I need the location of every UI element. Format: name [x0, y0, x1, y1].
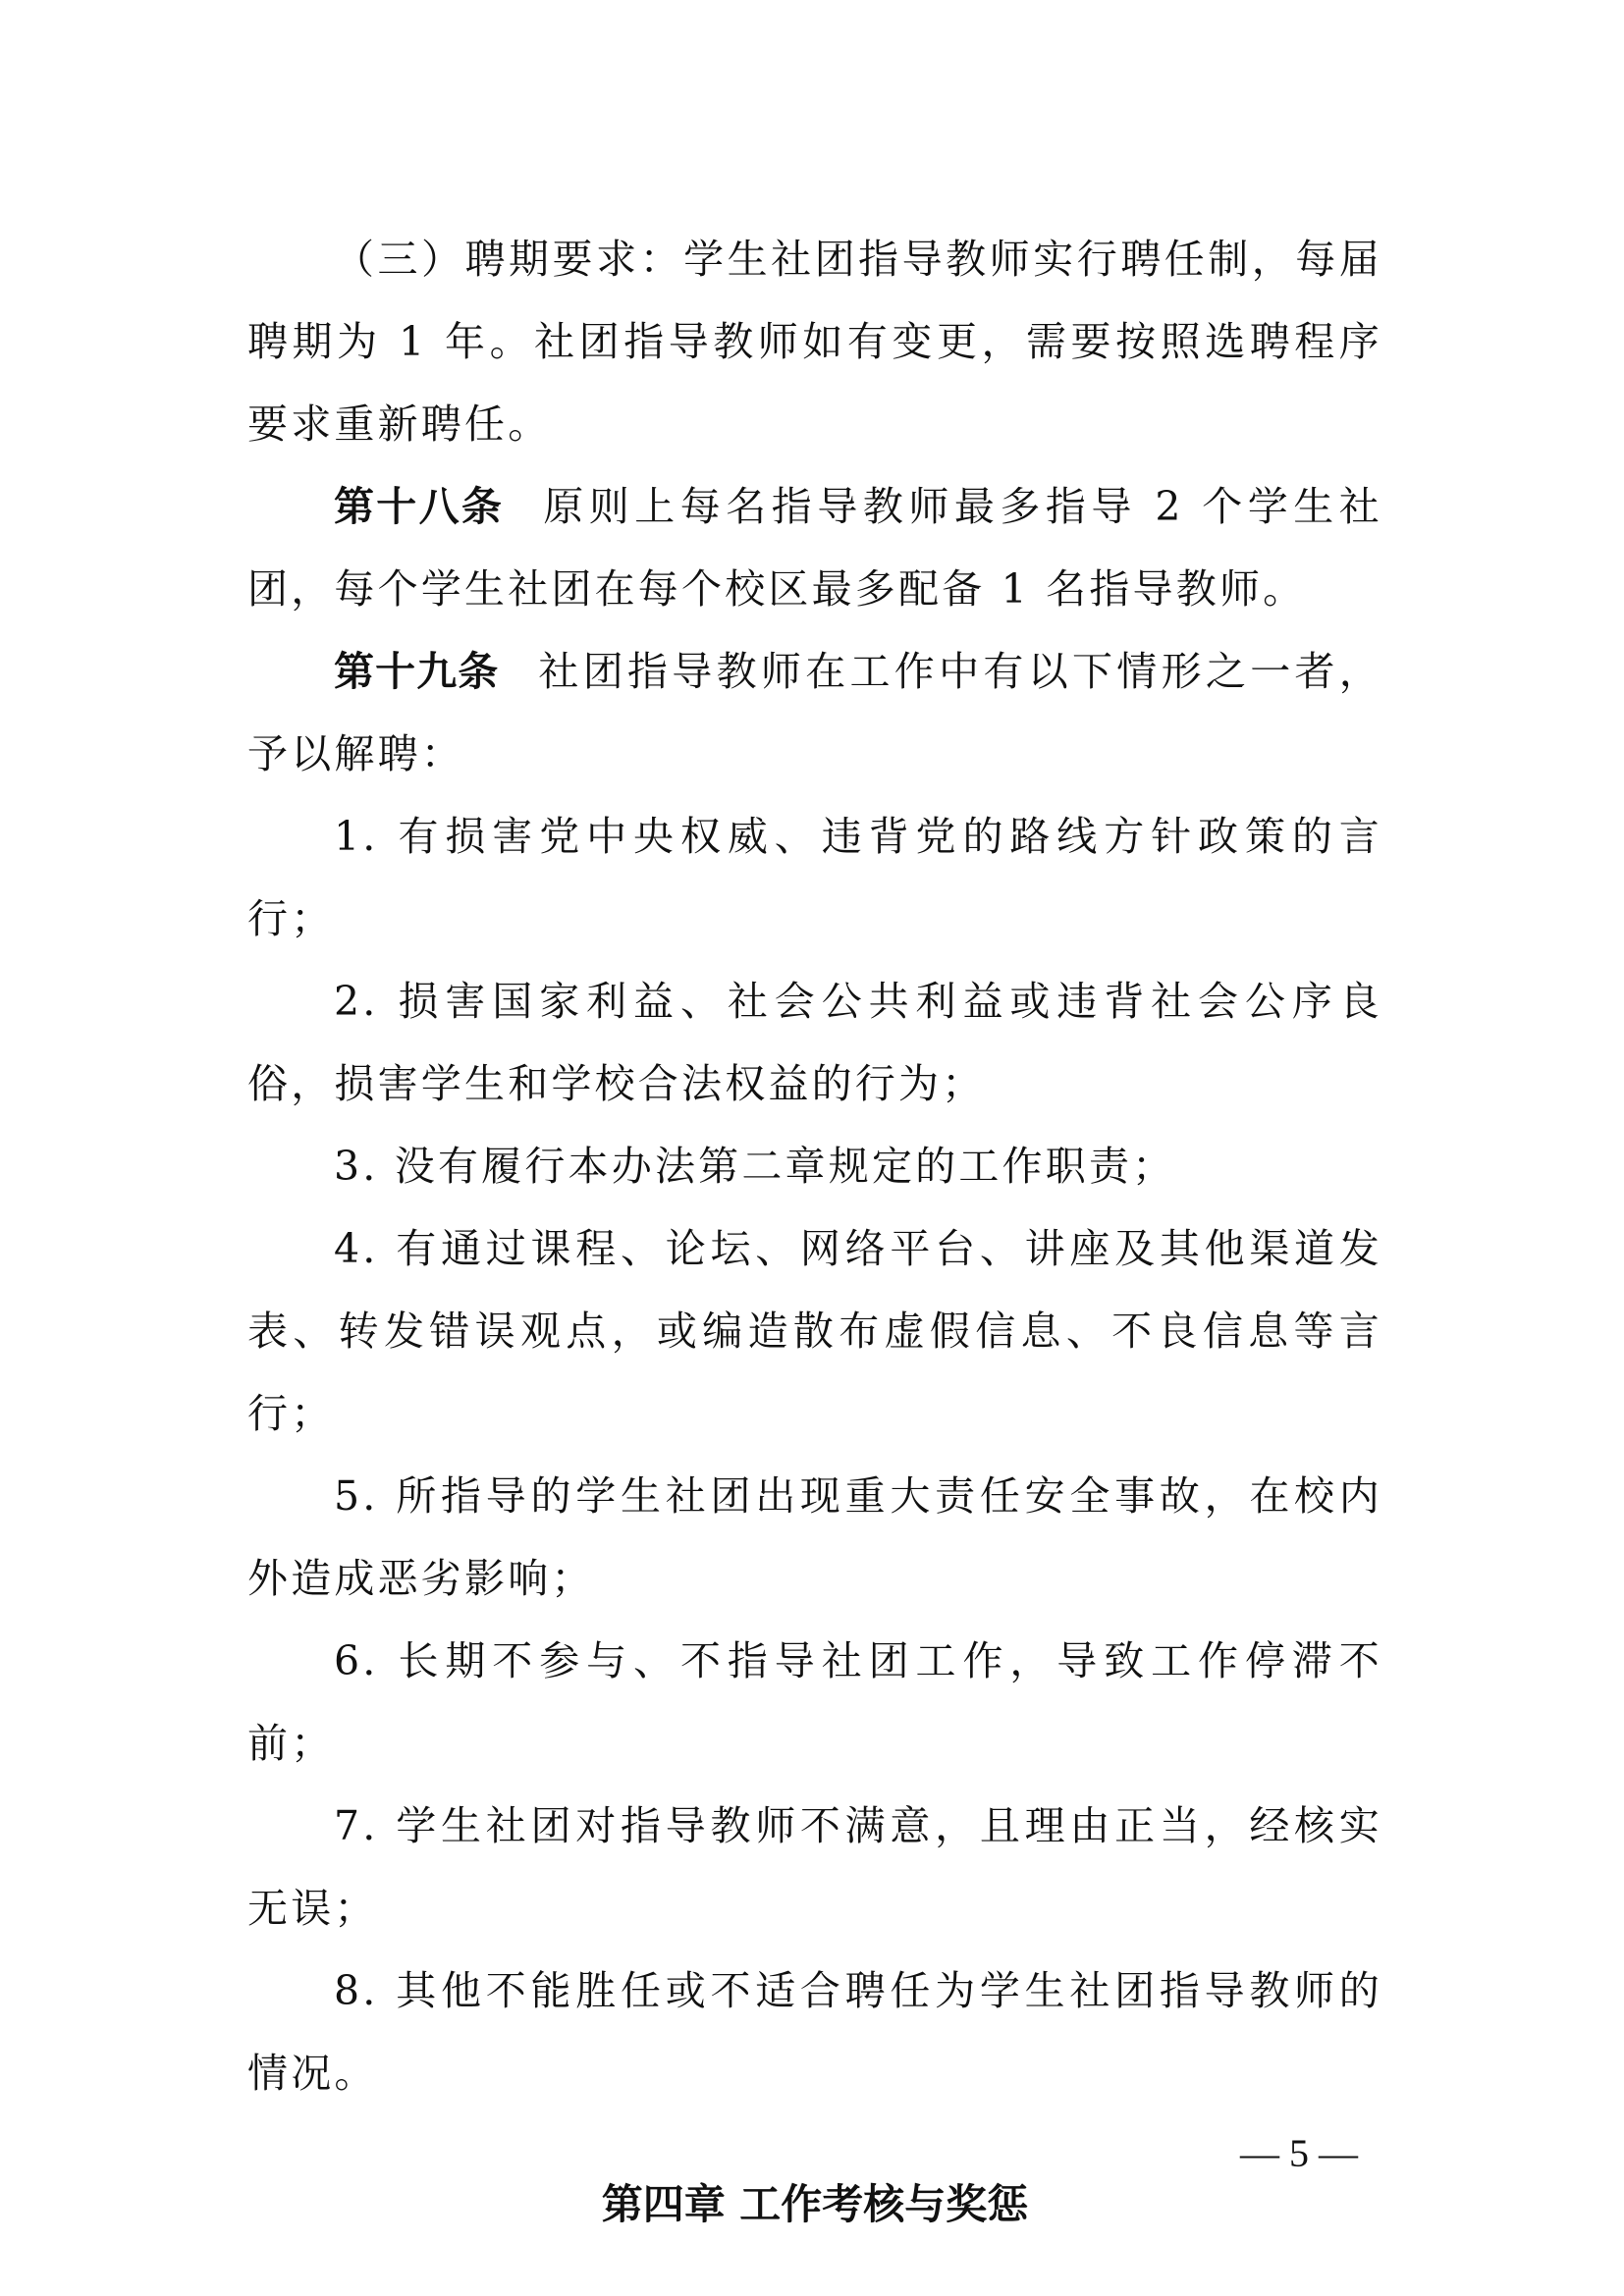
article-label: 第十九条	[334, 648, 499, 695]
list-item-text: 5. 所指导的学生社团出现重大责任安全事故，在校内外造成恶劣影响；	[247, 1472, 1382, 1602]
list-item: 5. 所指导的学生社团出现重大责任安全事故，在校内外造成恶劣影响；	[247, 1455, 1382, 1620]
article-19: 第十九条社团指导教师在工作中有以下情形之一者，予以解聘：	[247, 630, 1382, 795]
list-item-text: 1. 有损害党中央权威、违背党的路线方针政策的言行；	[247, 813, 1382, 942]
paragraph-text: （三）聘期要求：学生社团指导教师实行聘任制，每届聘期为 1 年。社团指导教师如有…	[247, 236, 1382, 448]
paragraph-appointment-term: （三）聘期要求：学生社团指导教师实行聘任制，每届聘期为 1 年。社团指导教师如有…	[247, 218, 1382, 465]
list-item: 6. 长期不参与、不指导社团工作，导致工作停滞不前；	[247, 1620, 1382, 1785]
list-item-text: 2. 损害国家利益、社会公共利益或违背社会公序良俗，损害学生和学校合法权益的行为…	[247, 978, 1382, 1107]
list-item: 4. 有通过课程、论坛、网络平台、讲座及其他渠道发表、转发错误观点，或编造散布虚…	[247, 1207, 1382, 1455]
list-item: 2. 损害国家利益、社会公共利益或违背社会公序良俗，损害学生和学校合法权益的行为…	[247, 960, 1382, 1125]
document-body: （三）聘期要求：学生社团指导教师实行聘任制，每届聘期为 1 年。社团指导教师如有…	[247, 218, 1382, 2246]
page-number: — 5 —	[1240, 2130, 1358, 2176]
list-item-text: 6. 长期不参与、不指导社团工作，导致工作停滞不前；	[247, 1637, 1382, 1767]
list-item: 3. 没有履行本办法第二章规定的工作职责；	[247, 1125, 1382, 1207]
list-item: 7. 学生社团对指导教师不满意，且理由正当，经核实无误；	[247, 1785, 1382, 1949]
article-18: 第十八条原则上每名指导教师最多指导 2 个学生社团，每个学生社团在每个校区最多配…	[247, 465, 1382, 630]
list-item-text: 4. 有通过课程、论坛、网络平台、讲座及其他渠道发表、转发错误观点，或编造散布虚…	[247, 1225, 1382, 1437]
article-label: 第十八条	[334, 483, 504, 530]
list-item-text: 7. 学生社团对指导教师不满意，且理由正当，经核实无误；	[247, 1802, 1382, 1932]
document-page: （三）聘期要求：学生社团指导教师实行聘任制，每届聘期为 1 年。社团指导教师如有…	[0, 0, 1624, 2296]
list-item: 8. 其他不能胜任或不适合聘任为学生社团指导教师的情况。	[247, 1949, 1382, 2114]
chapter-heading: 第四章 工作考核与奖惩	[247, 2163, 1382, 2246]
list-item-text: 3. 没有履行本办法第二章规定的工作职责；	[334, 1143, 1175, 1190]
list-item-text: 8. 其他不能胜任或不适合聘任为学生社团指导教师的情况。	[247, 1967, 1382, 2097]
list-item: 1. 有损害党中央权威、违背党的路线方针政策的言行；	[247, 795, 1382, 960]
